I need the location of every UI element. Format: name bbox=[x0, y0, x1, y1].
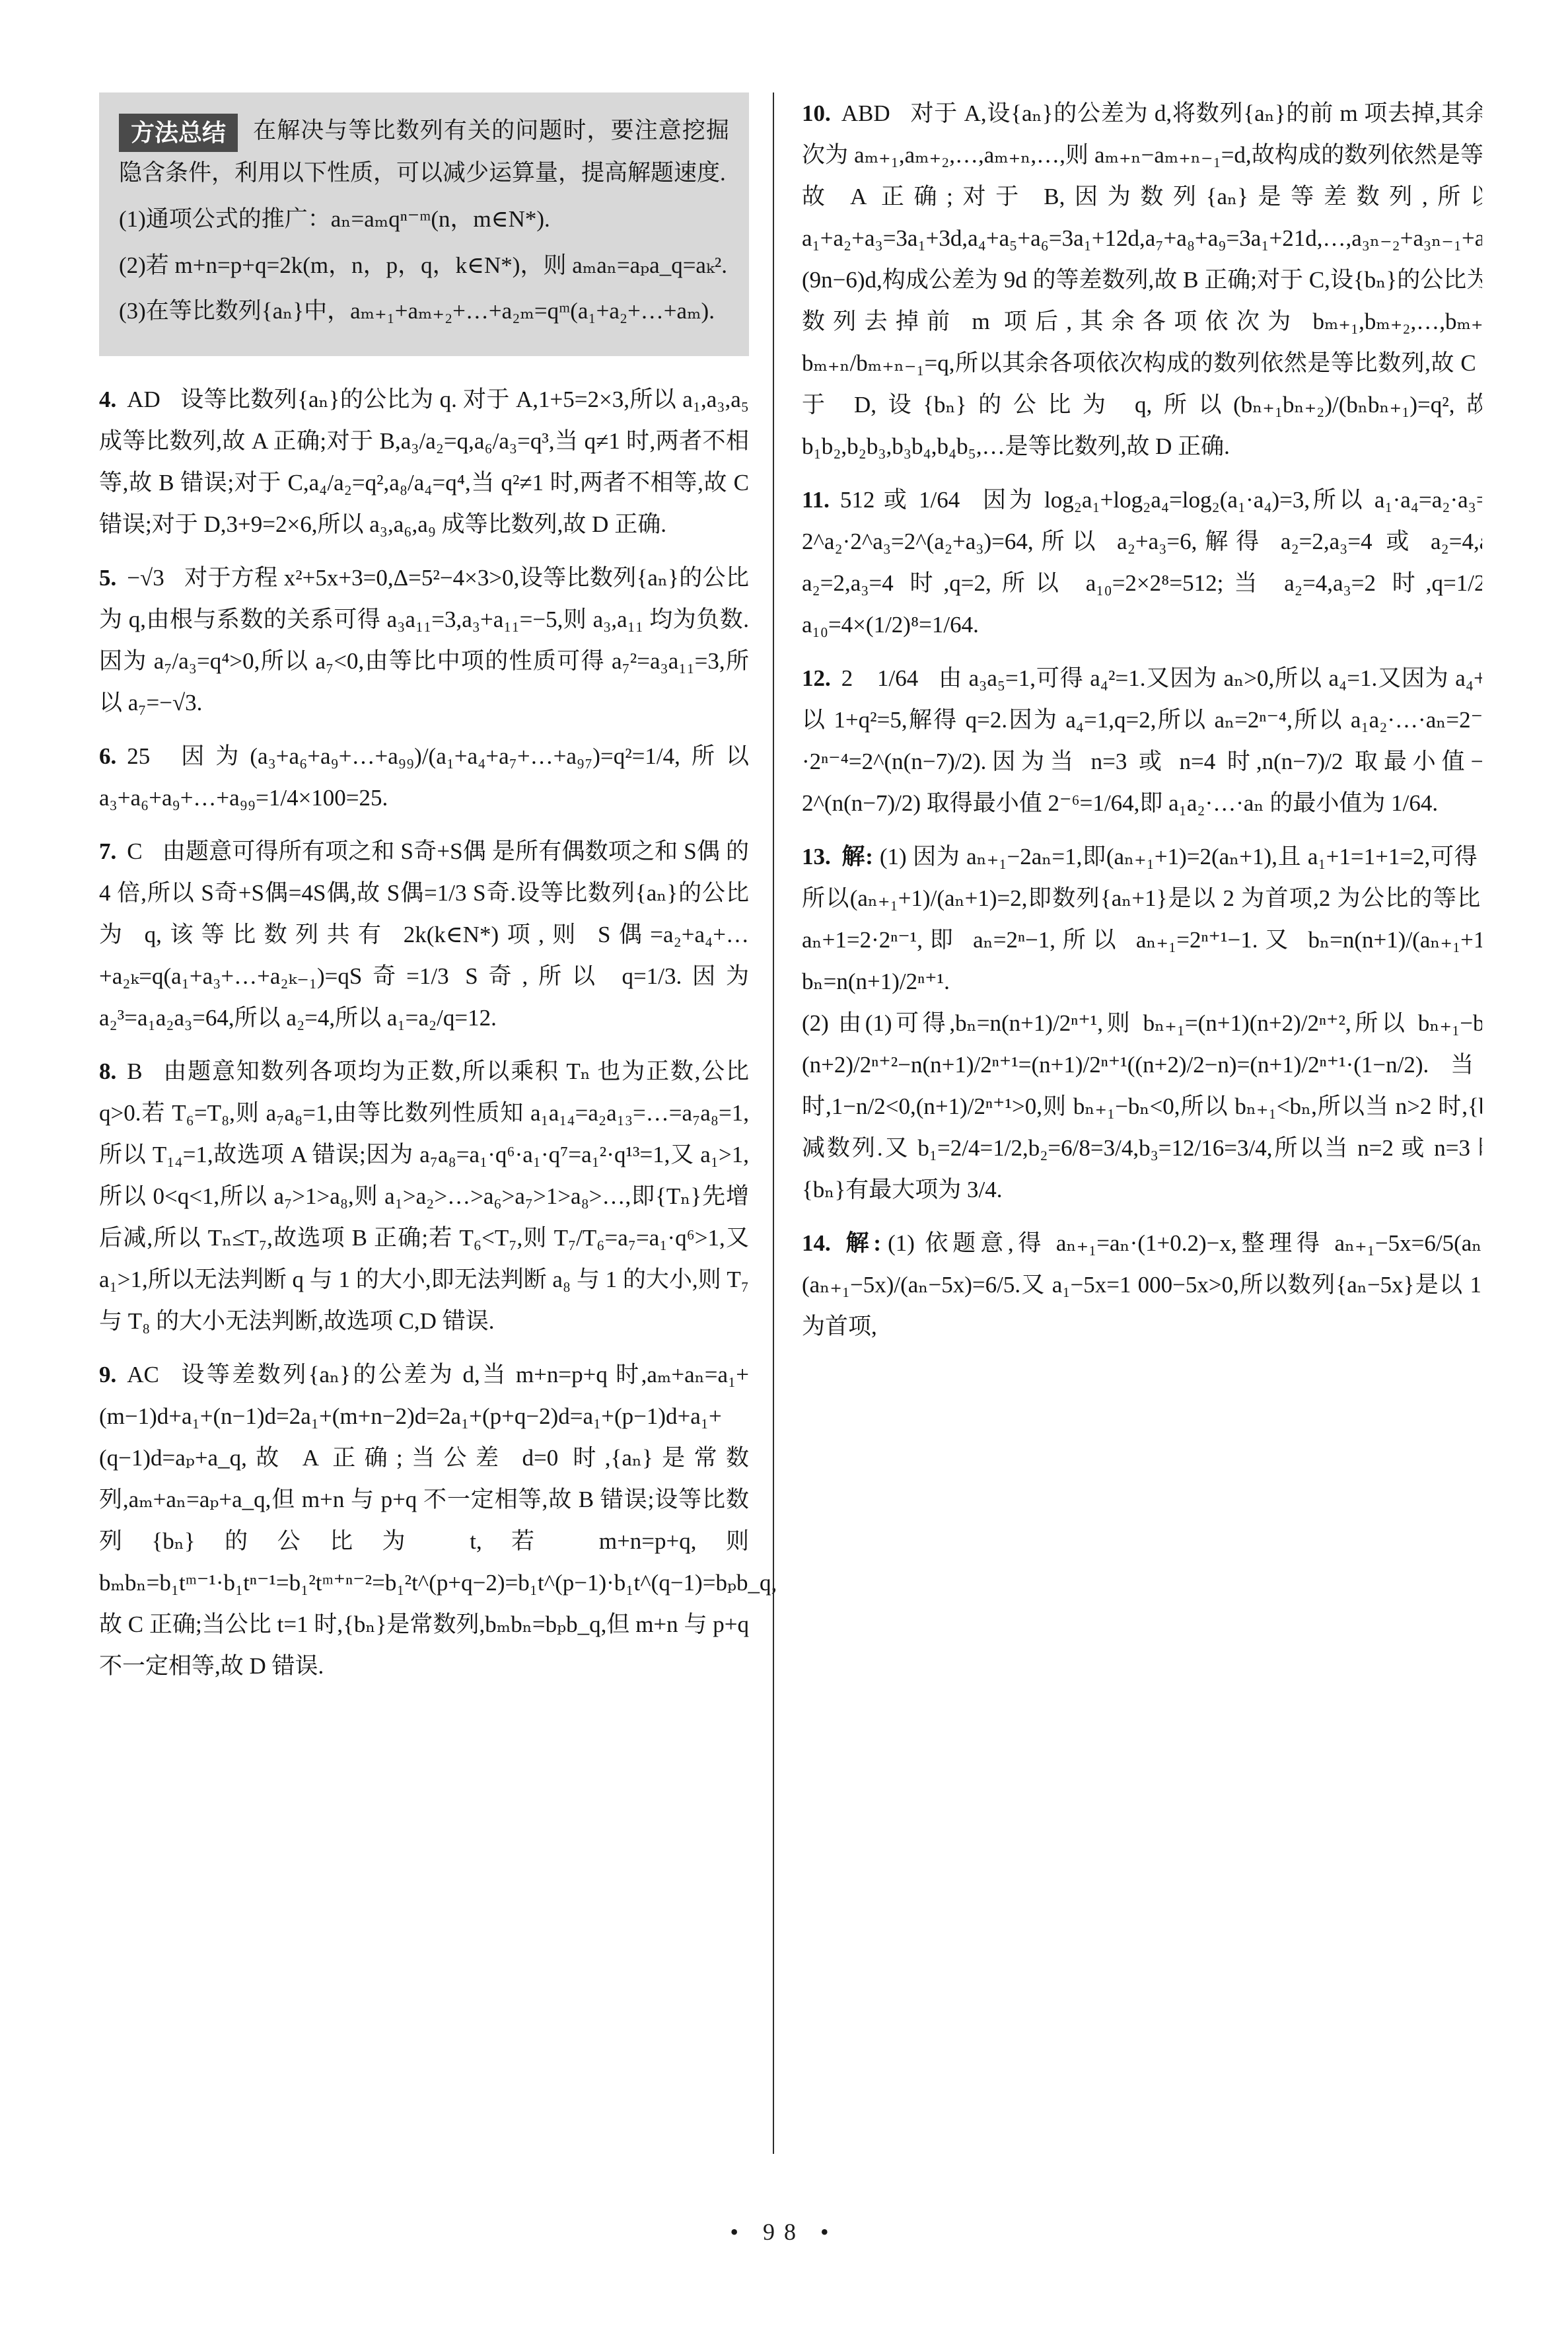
item-number: 10. bbox=[802, 100, 831, 126]
right-column: 10.ABD对于 A,设{aₙ}的公差为 d,将数列{aₙ}的前 m 项去掉,其… bbox=[773, 92, 1482, 2154]
item-answer: B bbox=[127, 1058, 142, 1084]
item-answer: AC bbox=[127, 1362, 159, 1387]
method-property-3: (3)在等比数列{aₙ}中，aₘ₊₁+aₘ₊₂+…+a₂ₘ=qᵐ(a₁+a₂+…… bbox=[119, 290, 729, 332]
solution-item-13: 13.解:(1) 因为 aₙ₊₁−2aₙ=1,即(aₙ₊₁+1)=2(aₙ+1)… bbox=[802, 836, 1482, 1210]
item-number: 7. bbox=[99, 838, 116, 864]
page-number: • 98 • bbox=[0, 2218, 1568, 2246]
item-number: 13. bbox=[802, 844, 831, 869]
item-solution-text: 设等差数列{aₙ}的公差为 d,当 m+n=p+q 时,aₘ+aₙ=a₁+(m−… bbox=[99, 1362, 777, 1679]
item-number: 8. bbox=[99, 1058, 116, 1084]
item-number: 14. bbox=[802, 1230, 831, 1256]
item-number: 9. bbox=[99, 1362, 116, 1387]
method-summary-tag: 方法总结 bbox=[119, 114, 238, 153]
item-answer: 2 1/64 bbox=[841, 665, 918, 691]
two-column-layout: 方法总结在解决与等比数列有关的问题时，要注意挖掘隐含条件，利用以下性质，可以减少… bbox=[99, 92, 1482, 2154]
item-solution-text: 设等比数列{aₙ}的公比为 q. 对于 A,1+5=2×3,所以 a₁,a₃,a… bbox=[99, 387, 749, 537]
method-property-2: (2)若 m+n=p+q=2k(m，n，p，q，k∈N*)，则 aₘaₙ=aₚa… bbox=[119, 244, 729, 287]
solution-item-12: 12.2 1/64由 a₃a₅=1,可得 a₄²=1.又因为 aₙ>0,所以 a… bbox=[802, 657, 1482, 824]
item-answer: C bbox=[127, 838, 142, 864]
item-answer: AD bbox=[127, 387, 160, 412]
item-answer: ABD bbox=[841, 100, 890, 126]
item-solution-text: 因为(a₃+a₆+a₉+…+a₉₉)/(a₁+a₄+a₇+…+a₉₇)=q²=1… bbox=[99, 743, 749, 811]
solution-item-11: 11.512 或 1/64因为 log₂a₁+log₂a₄=log₂(a₁·a₄… bbox=[802, 479, 1482, 646]
textbook-answer-page: 方法总结在解决与等比数列有关的问题时，要注意挖掘隐含条件，利用以下性质，可以减少… bbox=[0, 0, 1568, 2325]
method-summary-intro-line: 方法总结在解决与等比数列有关的问题时，要注意挖掘隐含条件，利用以下性质，可以减少… bbox=[119, 110, 729, 194]
solution-item-9: 9.AC设等差数列{aₙ}的公差为 d,当 m+n=p+q 时,aₘ+aₙ=a₁… bbox=[99, 1354, 749, 1687]
solution-item-7: 7.C由题意可得所有项之和 S奇+S偶 是所有偶数项之和 S偶 的 4 倍,所以… bbox=[99, 830, 749, 1039]
item-answer: 512 或 1/64 bbox=[840, 487, 960, 513]
method-summary-box: 方法总结在解决与等比数列有关的问题时，要注意挖掘隐含条件，利用以下性质，可以减少… bbox=[99, 92, 749, 356]
solution-item-6: 6.25因为(a₃+a₆+a₉+…+a₉₉)/(a₁+a₄+a₇+…+a₉₇)=… bbox=[99, 735, 749, 819]
item-number: 6. bbox=[99, 743, 116, 769]
item-number: 5. bbox=[99, 565, 116, 591]
item-answer: −√3 bbox=[127, 565, 164, 591]
item-solution-text: 由题意知数列各项均为正数,所以乘积 Tₙ 也为正数,公比 q>0.若 T₆=T₈… bbox=[99, 1058, 749, 1334]
item-solution-text: (1) 依题意,得 aₙ₊₁=aₙ·(1+0.2)−x,整理得 aₙ₊₁−5x=… bbox=[802, 1230, 1482, 1339]
item-solution-text: (1) 因为 aₙ₊₁−2aₙ=1,即(aₙ₊₁+1)=2(aₙ+1),且 a₁… bbox=[802, 844, 1482, 1202]
item-number: 11. bbox=[802, 487, 830, 513]
solution-item-10: 10.ABD对于 A,设{aₙ}的公差为 d,将数列{aₙ}的前 m 项去掉,其… bbox=[802, 92, 1482, 467]
item-label: 解: bbox=[841, 844, 873, 869]
item-number: 4. bbox=[99, 387, 116, 412]
item-solution-text: 对于 A,设{aₙ}的公差为 d,将数列{aₙ}的前 m 项去掉,其余各项依次为… bbox=[802, 100, 1482, 459]
solution-item-4: 4.AD设等比数列{aₙ}的公比为 q. 对于 A,1+5=2×3,所以 a₁,… bbox=[99, 379, 749, 545]
item-solution-text: 对于方程 x²+5x+3=0,Δ=5²−4×3>0,设等比数列{aₙ}的公比为 … bbox=[99, 565, 749, 716]
solution-item-8: 8.B由题意知数列各项均为正数,所以乘积 Tₙ 也为正数,公比 q>0.若 T₆… bbox=[99, 1051, 749, 1342]
solution-item-5: 5.−√3对于方程 x²+5x+3=0,Δ=5²−4×3>0,设等比数列{aₙ}… bbox=[99, 557, 749, 723]
left-column: 方法总结在解决与等比数列有关的问题时，要注意挖掘隐含条件，利用以下性质，可以减少… bbox=[99, 92, 773, 2154]
item-answer: 25 bbox=[127, 743, 150, 769]
item-label: 解: bbox=[841, 1230, 881, 1256]
item-solution-text: 由题意可得所有项之和 S奇+S偶 是所有偶数项之和 S偶 的 4 倍,所以 S奇… bbox=[99, 838, 749, 1031]
method-property-1: (1)通项公式的推广：aₙ=aₘqⁿ⁻ᵐ(n，m∈N*). bbox=[119, 198, 729, 240]
solution-item-14: 14.解:(1) 依题意,得 aₙ₊₁=aₙ·(1+0.2)−x,整理得 aₙ₊… bbox=[802, 1222, 1482, 1347]
item-number: 12. bbox=[802, 665, 831, 691]
